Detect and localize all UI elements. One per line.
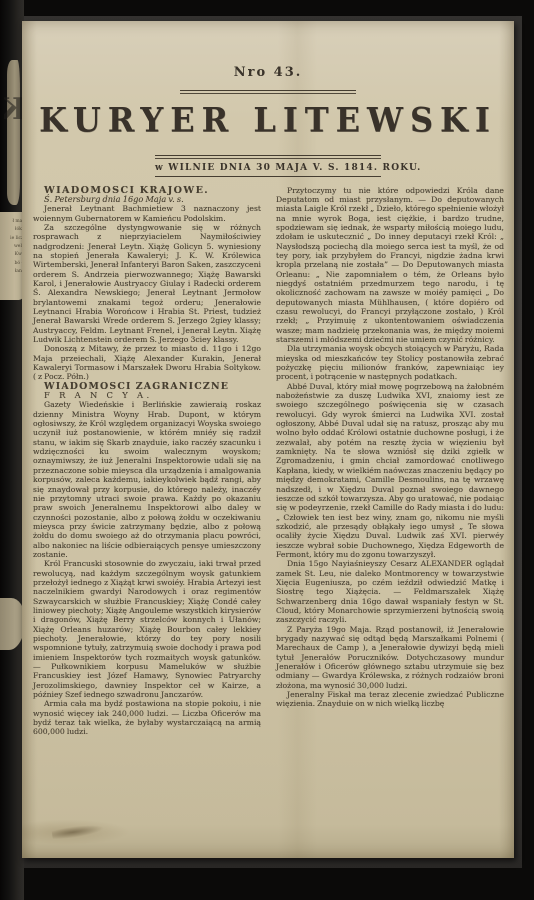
masthead-dateband: w WILNIE DNIA 30 MAJA V. S. 1814. ROKU.	[155, 155, 381, 177]
article-paragraph: Abbé Duval, który miał mowę pogrzebową n…	[276, 382, 504, 560]
article-paragraph: Jenerał Leytnant Bachmietiew 3 naznaczon…	[33, 204, 261, 223]
article-paragraph: Dnia 15go Nayiaśnieyszy Cesarz ALEXANDER…	[276, 559, 504, 624]
article-paragraph: Dla utrzymania woysk obcych stoiących w …	[276, 344, 504, 381]
article-paragraph: Gazety Wiedeńskie i Berlińskie zawieraią…	[33, 400, 261, 559]
masthead-dateline: w WILNIE DNIA 30 MAJA V. S. 1814. ROKU.	[155, 159, 381, 176]
ink-smudge	[51, 822, 104, 840]
article-paragraph: Jeneralny Fiskał ma teraz zlecenie zwied…	[276, 690, 504, 709]
article-paragraph: Z Paryża 19go Maja. Rząd postanowił, iż …	[276, 625, 504, 690]
article-paragraph: Król Francuski stosownie do zwyczaiu, ia…	[33, 559, 261, 699]
article-paragraph: Przytoczymy tu nie które odpowiedzi Król…	[276, 186, 504, 345]
article-columns: WIADOMOSCI KRAJOWE. Ś. Petersburg dnia 1…	[22, 177, 514, 737]
column-left: WIADOMOSCI KRAJOWE. Ś. Petersburg dnia 1…	[33, 186, 261, 737]
section-subheading-france: F R A N C Y A.	[33, 391, 261, 400]
masthead-rule	[180, 90, 356, 94]
book-spine	[0, 0, 24, 900]
article-paragraph: Donoszą z Mitawy, że przez to miasto d. …	[33, 344, 261, 381]
section-dateline-petersburg: Ś. Petersburg dnia 16go Maja v. s.	[33, 195, 261, 204]
newspaper-page: Nro 43. KURYER LITEWSKI w WILNIE DNIA 30…	[22, 21, 514, 858]
article-paragraph: Za szczególne dystyngwowanie się w różny…	[33, 223, 261, 344]
article-paragraph: Armia cała ma bydź postawiona na stopie …	[33, 699, 261, 736]
masthead-title: KURYER LITEWSKI	[22, 100, 514, 140]
masthead-issue-number: Nro 43.	[22, 65, 514, 80]
spine-torn-edge-top	[7, 60, 20, 205]
column-right: Przytoczymy tu nie które odpowiedzi Król…	[276, 186, 504, 709]
